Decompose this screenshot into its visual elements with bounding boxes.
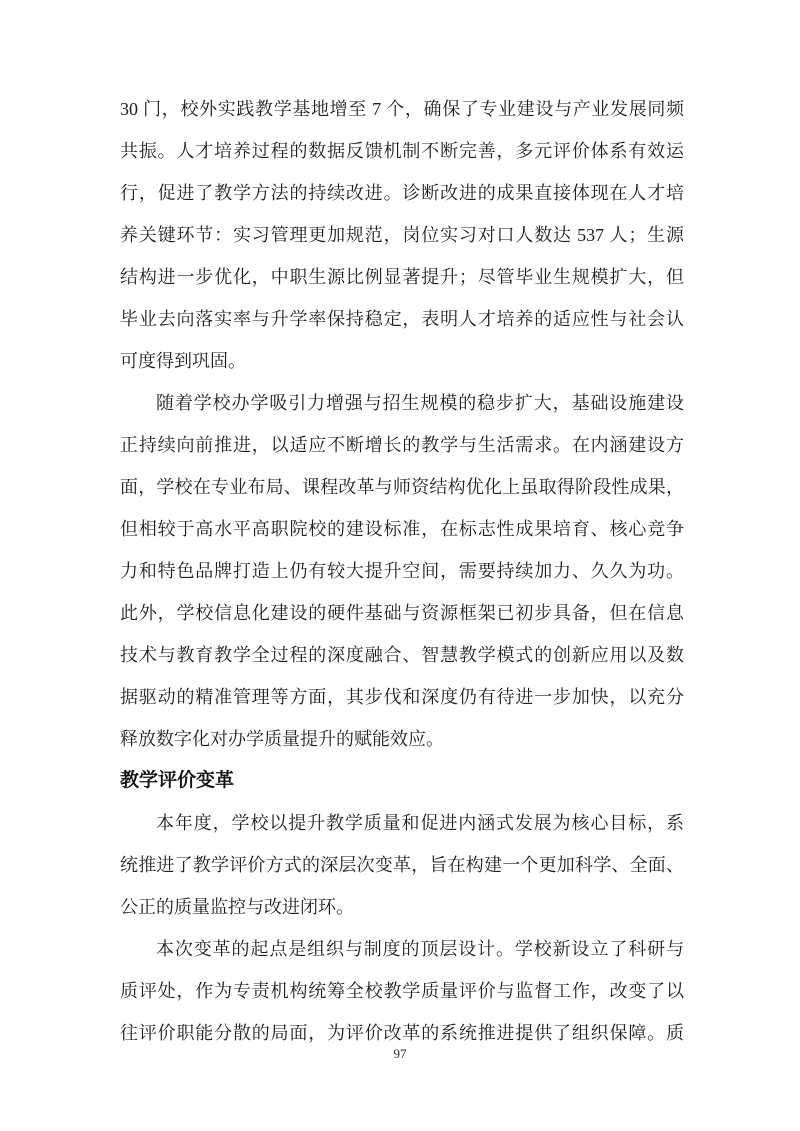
- text-line: 据驱动的精准管理等方面，其步伐和深度仍有待进一步加快，以充分: [120, 676, 684, 718]
- text-line: 公正的质量监控与改进闭环。: [120, 886, 684, 928]
- text-line: 行，促进了教学方法的持续改进。诊断改进的成果直接体现在人才培: [120, 172, 684, 214]
- text-line: 养关键环节：实习管理更加规范，岗位实习对口人数达 537 人；生源: [120, 214, 684, 256]
- text-line: 此外，学校信息化建设的硬件基础与资源框架已初步具备，但在信息: [120, 592, 684, 634]
- page-footer: 97: [0, 1044, 800, 1064]
- text-line: 可度得到巩固。: [120, 340, 684, 382]
- section-heading: 教学评价变革: [120, 760, 684, 802]
- text-line: 释放数字化对办学质量提升的赋能效应。: [120, 718, 684, 760]
- text-line: 本年度，学校以提升教学质量和促进内涵式发展为核心目标，系: [120, 802, 684, 844]
- text-line: 技术与教育教学全过程的深度融合、智慧教学模式的创新应用以及数: [120, 634, 684, 676]
- text-line: 力和特色品牌打造上仍有较大提升空间，需要持续加力、久久为功。: [120, 550, 684, 592]
- text-line: 本次变革的起点是组织与制度的顶层设计。学校新设立了科研与: [120, 928, 684, 970]
- text-line: 但相较于高水平高职院校的建设标准，在标志性成果培育、核心竞争: [120, 508, 684, 550]
- document-body: 30 门，校外实践教学基地增至 7 个，确保了专业建设与产业发展同频共振。人才培…: [120, 88, 684, 1054]
- text-line: 结构进一步优化，中职生源比例显著提升；尽管毕业生规模扩大，但: [120, 256, 684, 298]
- text-line: 质评处，作为专责机构统筹全校教学质量评价与监督工作，改变了以: [120, 970, 684, 1012]
- text-line: 30 门，校外实践教学基地增至 7 个，确保了专业建设与产业发展同频: [120, 88, 684, 130]
- text-line: 毕业去向落实率与升学率保持稳定，表明人才培养的适应性与社会认: [120, 298, 684, 340]
- text-line: 共振。人才培养过程的数据反馈机制不断完善，多元评价体系有效运: [120, 130, 684, 172]
- text-line: 统推进了教学评价方式的深层次变革，旨在构建一个更加科学、全面、: [120, 844, 684, 886]
- text-line: 随着学校办学吸引力增强与招生规模的稳步扩大，基础设施建设: [120, 382, 684, 424]
- document-page: 30 门，校外实践教学基地增至 7 个，确保了专业建设与产业发展同频共振。人才培…: [0, 0, 800, 1131]
- text-line: 面，学校在专业布局、课程改革与师资结构优化上虽取得阶段性成果，: [120, 466, 684, 508]
- text-line: 正持续向前推进，以适应不断增长的教学与生活需求。在内涵建设方: [120, 424, 684, 466]
- page-number: 97: [394, 1046, 407, 1061]
